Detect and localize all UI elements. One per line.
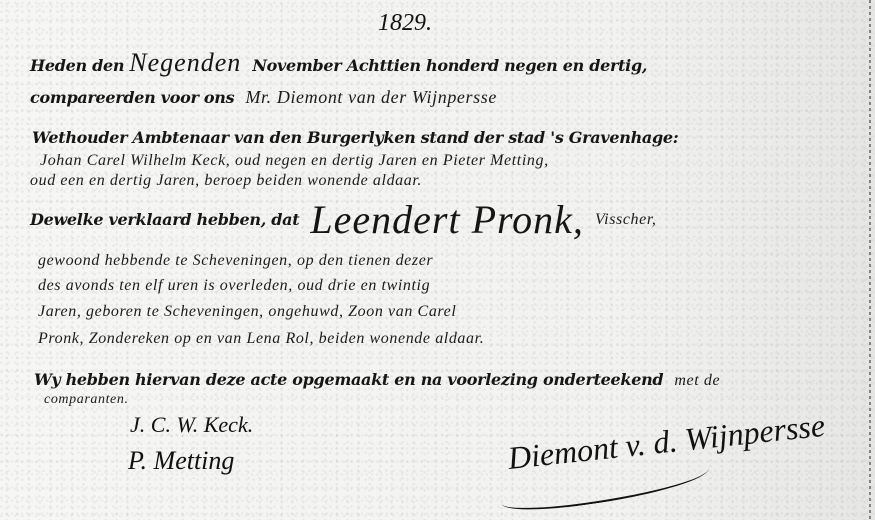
handwritten-text: comparanten. [44,392,129,407]
record-line-8: des avonds ten elf uren is overleden, ou… [38,275,430,295]
record-line-4: Johan Carel Wilhelm Keck, oud negen en d… [40,150,549,170]
handwritten-text: Pronk, Zondereken op en van Lena Rol, be… [38,330,484,347]
record-line-10: Pronk, Zondereken op en van Lena Rol, be… [38,328,484,348]
handwritten-deceased-name: Leendert Pronk, [310,197,583,242]
printed-text: November Achttien honderd negen en derti… [252,56,647,75]
signature-witness-2: P. Metting [128,446,234,476]
record-line-5: oud een en dertig Jaren, beroep beiden w… [30,170,422,190]
printed-text: Wy hebben hiervan deze acte opgemaakt en… [34,370,663,389]
page-edge [869,0,871,520]
handwritten-witnesses: Johan Carel Wilhelm Keck, oud negen en d… [40,152,549,169]
handwritten-official-name: Mr. Diemont van der Wijnpersse [245,87,496,107]
act-number: 1829. [378,10,432,37]
record-line-11: Wy hebben hiervan deze acte opgemaakt en… [34,370,720,390]
handwritten-day: Negenden [129,48,241,77]
printed-text: Heden den [30,56,124,75]
record-line-12: comparanten. [44,388,129,408]
handwritten-occupation: Visscher, [595,211,657,228]
printed-text: Wethouder Ambtenaar van den Burgerlyken … [32,128,678,147]
record-line-7: gewoond hebbende te Scheveningen, op den… [38,250,433,270]
handwritten-text: des avonds ten elf uren is overleden, ou… [38,277,430,294]
record-line-1: Heden den Negenden November Achttien hon… [30,48,647,78]
record-line-6: Dewelke verklaard hebben, dat Leendert P… [30,196,657,243]
handwritten-text: gewoond hebbende te Scheveningen, op den… [38,252,433,269]
record-line-3: Wethouder Ambtenaar van den Burgerlyken … [32,128,678,147]
handwritten-text: Jaren, geboren te Scheveningen, ongehuwd… [38,303,456,320]
record-line-9: Jaren, geboren te Scheveningen, ongehuwd… [38,301,456,321]
handwritten-witness-details: oud een en dertig Jaren, beroep beiden w… [30,172,422,189]
handwritten-text: met de [674,372,720,389]
record-line-2: compareerden voor ons Mr. Diemont van de… [30,87,497,108]
printed-text: compareerden voor ons [30,88,234,107]
signature-witness-1: J. C. W. Keck. [130,412,253,438]
scanned-document-page: 1829. Heden den Negenden November Achtti… [0,0,875,520]
printed-text: Dewelke verklaard hebben, dat [30,210,299,229]
